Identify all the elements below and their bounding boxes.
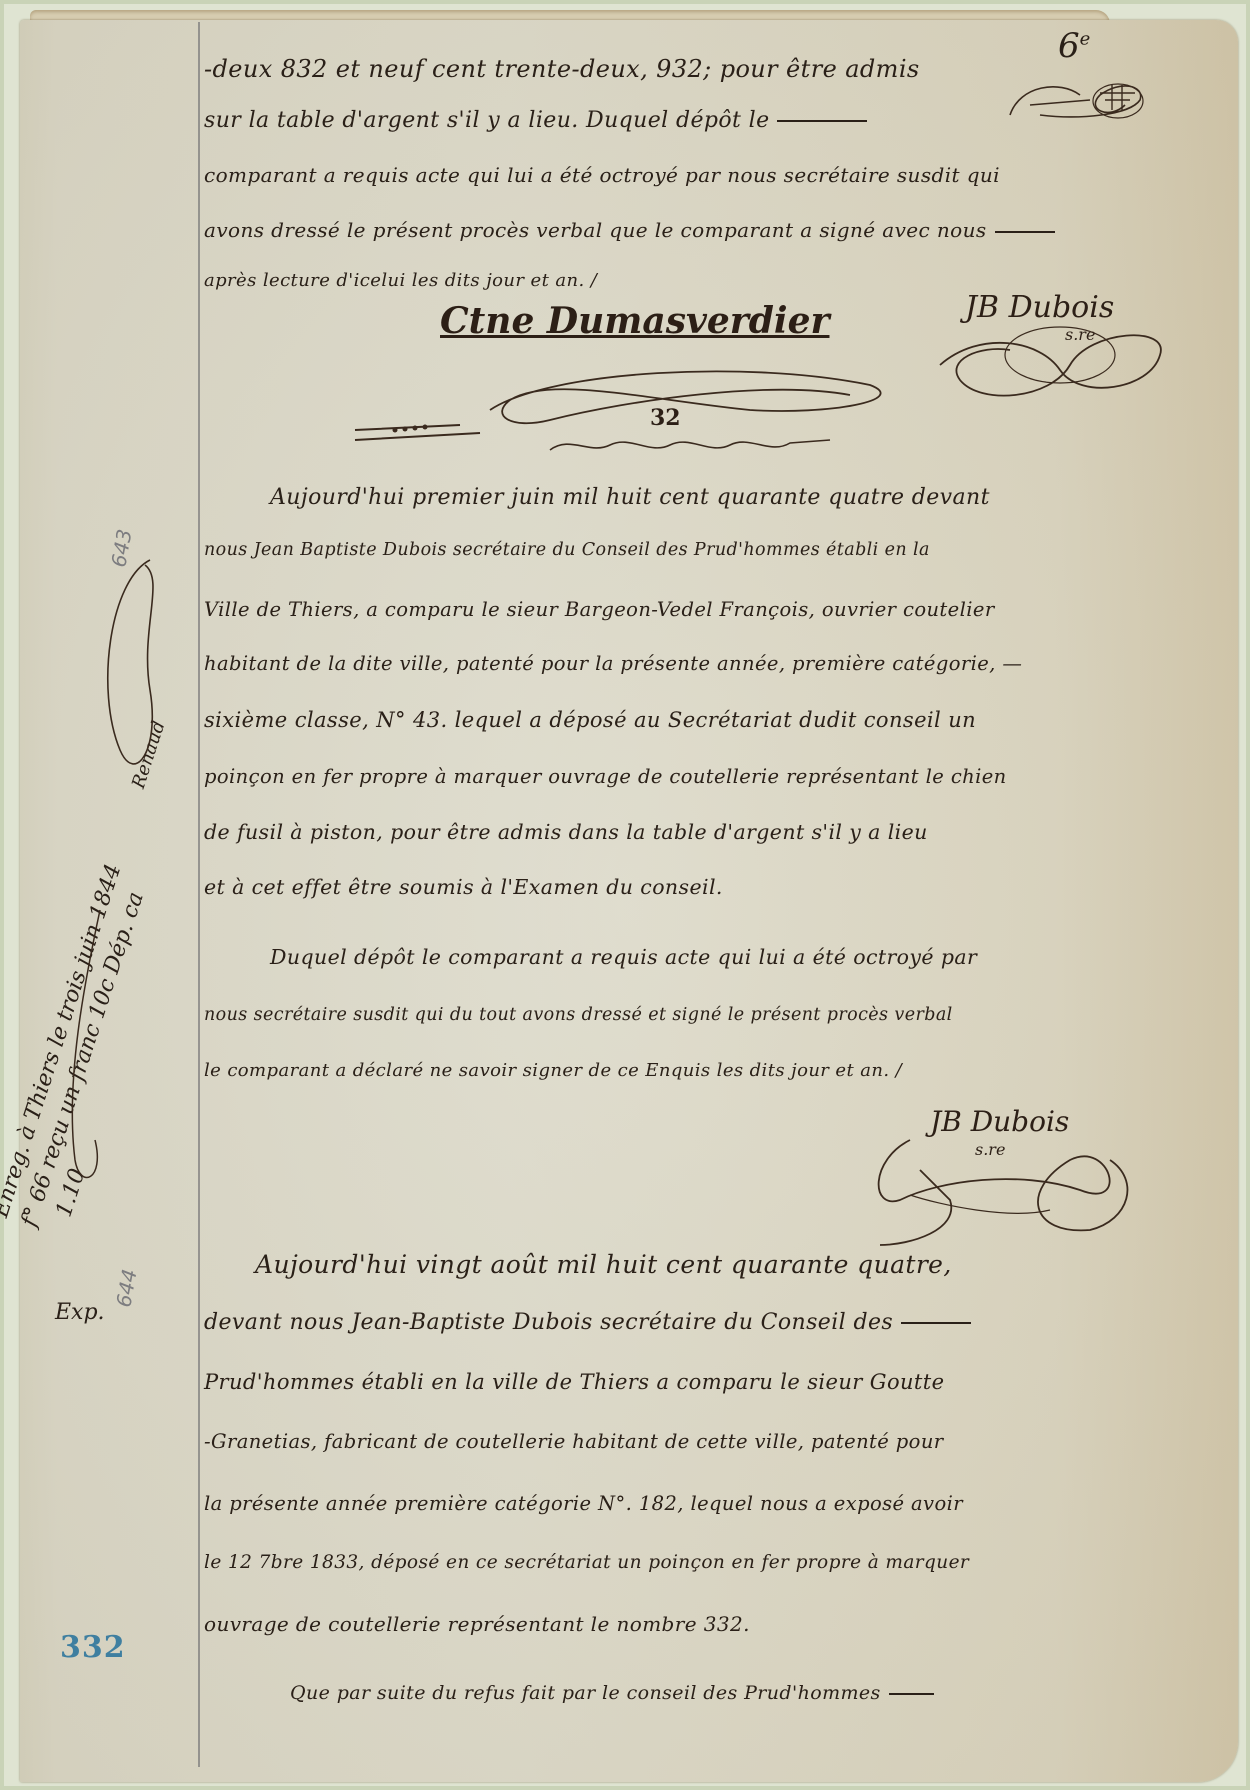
line-filler-dash xyxy=(901,1322,971,1324)
text-line: Que par suite du refus fait par le conse… xyxy=(290,1682,934,1704)
text-line: sur la table d'argent s'il y a lieu. Duq… xyxy=(204,108,867,133)
text-line: -deux 832 et neuf cent trente-deux, 932;… xyxy=(204,55,920,83)
margin-flourish-icon xyxy=(55,900,115,1200)
text-line: habitant de la dite ville, patenté pour … xyxy=(204,652,1022,675)
text-line: avons dressé le présent procès verbal qu… xyxy=(204,218,1055,242)
line-filler-dash xyxy=(777,120,867,122)
text-line: Aujourd'hui premier juin mil huit cent q… xyxy=(270,485,990,510)
page-number-stamp: 332 xyxy=(60,1630,126,1665)
text-line: Prud'hommes établi en la ville de Thiers… xyxy=(204,1370,944,1394)
text-line: Ville de Thiers, a comparu le sieur Barg… xyxy=(204,598,995,621)
register-page xyxy=(20,20,1238,1782)
text-line: et à cet effet être soumis à l'Examen du… xyxy=(204,875,723,899)
line-filler-dash xyxy=(889,1693,934,1695)
text-line: nous secrétaire susdit qui du tout avons… xyxy=(204,1005,953,1025)
folio-suffix: e xyxy=(1080,29,1091,50)
text-line: la présente année première catégorie N°.… xyxy=(204,1492,963,1515)
signature-flourish-icon xyxy=(920,310,1180,420)
text-line: Aujourd'hui vingt août mil huit cent qua… xyxy=(255,1250,952,1279)
folio-number: 6e xyxy=(1058,26,1090,66)
paraph-flourish-icon xyxy=(1000,75,1150,155)
folio-value: 6 xyxy=(1058,26,1080,66)
entry-separator-flourish-icon xyxy=(350,355,930,460)
signature-comparant: Ctne Dumasverdier xyxy=(440,300,829,342)
text-line: ouvrage de coutellerie représentant le n… xyxy=(204,1612,750,1636)
text-line: de fusil à piston, pour être admis dans … xyxy=(204,820,928,844)
text-line: après lecture d'icelui les dits jour et … xyxy=(204,270,597,291)
text-line: -Granetias, fabricant de coutellerie hab… xyxy=(204,1430,944,1453)
margin-exp-note: Exp. xyxy=(55,1300,105,1325)
text-line-content: Que par suite du refus fait par le conse… xyxy=(290,1682,881,1704)
text-line: nous Jean Baptiste Dubois secrétaire du … xyxy=(204,540,930,560)
margin-signature-loop-icon xyxy=(90,550,170,790)
signature-flourish-icon xyxy=(850,1120,1150,1250)
text-line: devant nous Jean-Baptiste Dubois secréta… xyxy=(204,1310,971,1335)
margin-rule xyxy=(198,22,200,1767)
line-filler-dash xyxy=(995,231,1055,233)
entry-number: 32 xyxy=(650,405,681,431)
text-line-content: devant nous Jean-Baptiste Dubois secréta… xyxy=(204,1310,893,1335)
text-line: le 12 7bre 1833, déposé en ce secrétaria… xyxy=(204,1552,969,1573)
text-line: sixième classe, N° 43. lequel a déposé a… xyxy=(204,708,976,732)
text-line: Duquel dépôt le comparant a requis acte … xyxy=(270,945,977,969)
text-line-content: avons dressé le présent procès verbal qu… xyxy=(204,218,987,242)
text-line: poinçon en fer propre à marquer ouvrage … xyxy=(204,765,1007,788)
text-line: comparant a requis acte qui lui a été oc… xyxy=(204,163,1000,187)
text-line: le comparant a déclaré ne savoir signer … xyxy=(204,1060,902,1081)
text-line-content: sur la table d'argent s'il y a lieu. Duq… xyxy=(204,108,769,133)
